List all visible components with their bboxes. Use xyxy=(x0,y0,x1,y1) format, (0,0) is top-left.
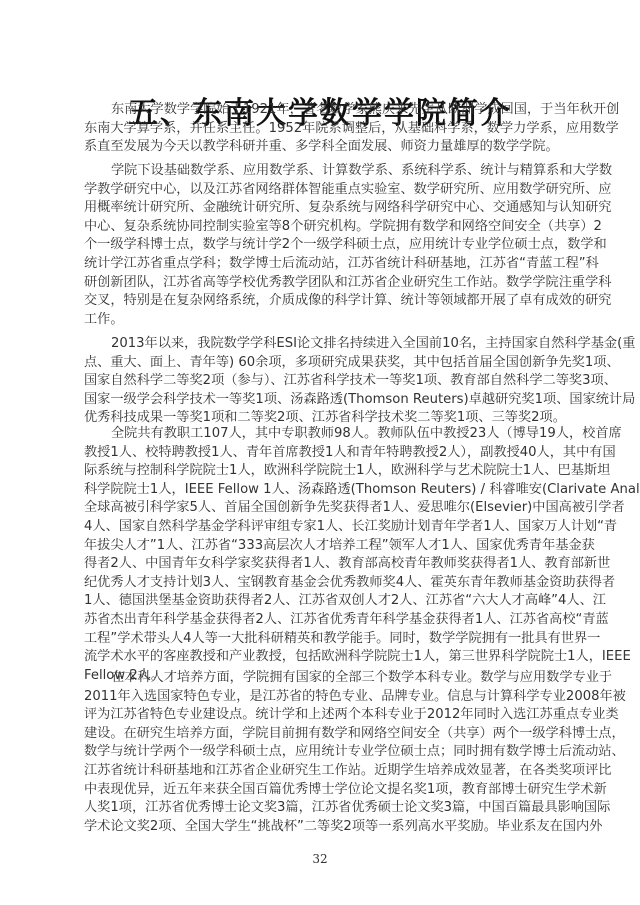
text-line: 统计学江苏省重点学科；数学博士后流动站，江苏省统计科研基地，江苏省“青蓝工程”科 xyxy=(84,255,558,274)
text-line: 1人、德国洪堡基金资助获得者2人、江苏省双创人才2人、江苏省“六大人才高峰”4人… xyxy=(84,592,558,611)
text-line: 研创新团队，江苏省高等学校优秀教学团队和江苏省企业研究生工作站。数学学院注重学科 xyxy=(84,274,558,293)
paragraph: 在本科人才培养方面，学院拥有国家的全部三个数学本科专业。数学与应用数学专业于20… xyxy=(84,669,558,836)
text-line: 在本科人才培养方面，学院拥有国家的全部三个数学本科专业。数学与应用数学专业于 xyxy=(84,669,558,688)
page-number: 32 xyxy=(0,852,640,866)
text-line: 点、重大、面上、青年等) 60余项，多项研究成果获奖，其中包括首届全国创新争先奖… xyxy=(84,354,558,373)
paragraph: 东南大学数学学院始于1921年，著名数学家熊庆来先生从欧洲学成回国，于当年秋开创… xyxy=(84,101,558,157)
text-line: 东南大学数学学院始于1921年，著名数学家熊庆来先生从欧洲学成回国，于当年秋开创 xyxy=(84,101,558,120)
text-line: 中表现优异，近五年来获全国百篇优秀博士学位论文提名奖1项，教育部博士研究生学术新 xyxy=(84,781,558,800)
text-line: 苏省杰出青年科学基金获得者2人、江苏省优秀青年科学基金获得者1人、江苏省高校“青… xyxy=(84,611,558,630)
text-line: 用概率统计研究所、金融统计研究所、复杂系统与网络科学研究中心、交通感知与认知研究 xyxy=(84,199,558,218)
text-line: 流学术水平的客座教授和产业教授，包括欧洲科学院院士1人，第三世界科学院院士1人，… xyxy=(84,648,558,667)
text-line: 全球高被引科学家5人、首届全国创新争先奖获得者1人、爱思唯尔(Elsevier)… xyxy=(84,499,558,518)
text-line: 交叉，特别是在复杂网络系统，介质成像的科学计算、统计等领域都开展了卓有成效的研究 xyxy=(84,292,558,311)
text-line: 2011年入选国家特色专业，是江苏省的特色专业、品牌专业。信息与计算科学专业20… xyxy=(84,688,558,707)
text-line: 全院共有教职工107人，其中专职教师98人。教师队伍中教授23人（博导19人，校… xyxy=(84,425,558,444)
text-line: 年拔尖人才”1人、江苏省“333高层次人才培养工程”领军人才1人、国家优秀青年基… xyxy=(84,537,558,556)
text-line: 际系统与控制科学院院士1人，欧洲科学院院士1人，欧洲科学与艺术院院士1人、巴基斯… xyxy=(84,462,558,481)
text-line: 评为江苏省特色专业建设点。统计学和上述两个本科专业于2012年同时入选江苏重点专… xyxy=(84,706,558,725)
text-line: 学术论文奖2项、全国大学生“挑战杯”二等奖2项等一系列高水平奖励。毕业系友在国内… xyxy=(84,818,558,837)
text-line: 东南大学算学系，并任系主任。1952年院系调整后，从基础科学系，数学力学系，应用… xyxy=(84,120,558,139)
paragraph: 学院下设基础数学系、应用数学系、计算数学系、系统科学系、统计与精算系和大学数学教… xyxy=(84,162,558,329)
text-line: 中心、复杂系统协同控制实验室等8个研究机构。学院拥有数学和网络空间安全（共享）2 xyxy=(84,218,558,237)
text-line: 2013年以来，我院数学学科ESI论文排名持续进入全国前10名，主持国家自然科学… xyxy=(84,335,558,354)
paragraph: 2013年以来，我院数学学科ESI论文排名持续进入全国前10名，主持国家自然科学… xyxy=(84,335,558,428)
paragraph: 全院共有教职工107人，其中专职教师98人。教师队伍中教授23人（博导19人，校… xyxy=(84,425,558,685)
text-line: 系直至发展为今天以教学科研并重、多学科全面发展、师资力量雄厚的数学学院。 xyxy=(84,138,558,157)
document-page: 五、东南大学数学学院简介 东南大学数学学院始于1921年，著名数学家熊庆来先生从… xyxy=(0,0,640,905)
text-line: 纪优秀人才支持计划3人、宝钢教育基金会优秀教师奖4人、霍英东青年教师基金资助获得… xyxy=(84,574,558,593)
text-line: 科学院院士1人，IEEE Fellow 1人、汤森路透(Thomson Reut… xyxy=(84,481,558,500)
text-line: 人奖1项，江苏省优秀博士论文奖3篇，江苏省优秀硕士论文奖3篇，中国百篇最具影响国… xyxy=(84,799,558,818)
text-line: 国家自然科学二等奖2项（参与）、江苏省科学技术一等奖1项、教育部自然科学二等奖3… xyxy=(84,372,558,391)
text-line: 学教学研究中心，以及江苏省网络群体智能重点实验室、数学研究所、应用数学研究所、应 xyxy=(84,181,558,200)
text-line: 江苏省统计科研基地和江苏省企业研究生工作站。近期学生培养成效显著，在各类奖项评比 xyxy=(84,762,558,781)
text-line: 数学与统计学两个一级学科硕士点，应用统计专业学位硕士点；同时拥有数学博士后流动站… xyxy=(84,743,558,762)
text-line: 建设。在研究生培养方面，学院目前拥有数学和网络空间安全（共享）两个一级学科博士点… xyxy=(84,725,558,744)
text-line: 学院下设基础数学系、应用数学系、计算数学系、系统科学系、统计与精算系和大学数 xyxy=(84,162,558,181)
text-line: 得者2人、中国青年女科学家奖获得者1人、教育部高校青年教师奖获得者1人、教育部新… xyxy=(84,555,558,574)
text-line: 个一级学科博士点，数学与统计学2个一级学科硕士点，应用统计专业学位硕士点，数学和 xyxy=(84,236,558,255)
text-line: 国家一级学会科学技术一等奖1项、汤森路透(Thomson Reuters)卓越研… xyxy=(84,391,558,410)
text-line: 4人、国家自然科学基金学科评审组专家1人、长江奖励计划青年学者1人、国家万人计划… xyxy=(84,518,558,537)
text-line: 教授1人、校特聘教授1人、青年首席教授1人和青年特聘教授2人），副教授40人，其… xyxy=(84,444,558,463)
text-line: 工作。 xyxy=(84,311,558,330)
text-line: 工程”学术带头人4人等一大批科研精英和教学能手。同时，数学学院拥有一批具有世界一 xyxy=(84,630,558,649)
